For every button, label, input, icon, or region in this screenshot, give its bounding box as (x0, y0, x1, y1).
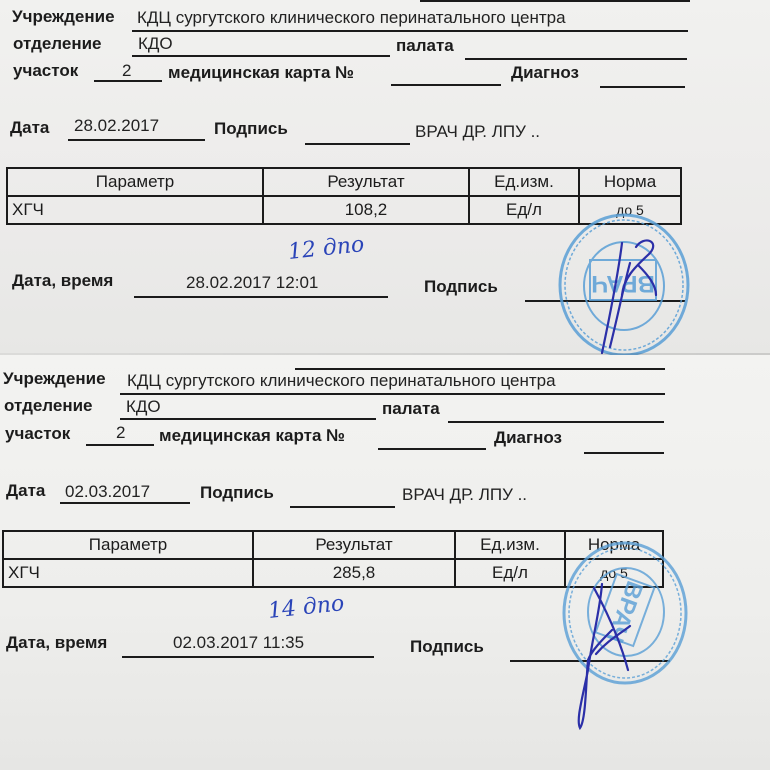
signature-field[interactable] (305, 143, 410, 145)
signature2-label: Подпись (424, 278, 498, 295)
card-label: медицинская карта № (159, 427, 345, 444)
card-field[interactable] (391, 84, 501, 86)
cell-result: 108,2 (263, 196, 469, 224)
cell-unit: Ед/л (455, 559, 565, 587)
ward-field[interactable] (448, 421, 664, 423)
signature-scribble (572, 580, 652, 730)
cell-norm: до 5 (579, 196, 681, 224)
table-header-row: Параметр Результат Ед.изм. Норма (3, 531, 663, 559)
signature-label: Подпись (214, 120, 288, 137)
signature-scribble (590, 235, 670, 355)
signature-field[interactable] (290, 506, 395, 508)
lab-slip-2: Учреждение КДЦ сургутского клинического … (0, 355, 770, 770)
department-label: отделение (4, 397, 93, 414)
signature2-label: Подпись (410, 638, 484, 655)
department-value: КДО (126, 398, 161, 415)
header-unit: Ед.изм. (469, 168, 579, 196)
header-result: Результат (253, 531, 455, 559)
date-value: 02.03.2017 (65, 483, 150, 500)
results-table: Параметр Результат Ед.изм. Норма ХГЧ 285… (2, 530, 664, 588)
doctor-text: ВРАЧ ДР. ЛПУ .. (415, 123, 540, 140)
diagnosis-field[interactable] (600, 86, 685, 88)
table-header-row: Параметр Результат Ед.изм. Норма (7, 168, 681, 196)
ward-label: палата (382, 400, 440, 417)
handwritten-note: 14 дпо (267, 591, 346, 624)
table-row: ХГЧ 108,2 Ед/л до 5 (7, 196, 681, 224)
header-result: Результат (263, 168, 469, 196)
district-underline (86, 444, 154, 446)
signature2-field[interactable] (525, 300, 685, 302)
rule (295, 368, 665, 370)
date-underline (68, 139, 205, 141)
ward-field[interactable] (465, 58, 687, 60)
district-value: 2 (122, 62, 131, 79)
department-underline (132, 55, 390, 57)
institution-value: КДЦ сургутского клинического перинатальн… (137, 9, 566, 26)
institution-value: КДЦ сургутского клинического перинатальн… (127, 372, 556, 389)
svg-text:ВРАЧ: ВРАЧ (591, 270, 655, 297)
institution-label: Учреждение (12, 8, 115, 25)
date-value: 28.02.2017 (74, 117, 159, 134)
datetime-underline (134, 296, 388, 298)
date-underline (60, 502, 190, 504)
cell-parameter: ХГЧ (7, 196, 263, 224)
diagnosis-field[interactable] (584, 452, 664, 454)
handwritten-note: 12 дпо (287, 232, 366, 265)
signature2-field[interactable] (510, 660, 670, 662)
rule (420, 0, 690, 2)
cell-unit: Ед/л (469, 196, 579, 224)
department-value: КДО (138, 35, 173, 52)
datetime-value: 02.03.2017 11:35 (173, 634, 304, 651)
institution-label: Учреждение (3, 370, 106, 387)
district-value: 2 (116, 424, 125, 441)
lab-slip-1: Учреждение КДЦ сургутского клинического … (0, 0, 770, 355)
datetime-label: Дата, время (12, 272, 113, 289)
diagnosis-label: Диагноз (494, 429, 562, 446)
doctor-text: ВРАЧ ДР. ЛПУ .. (402, 486, 527, 503)
district-label: участок (13, 62, 78, 79)
header-norm: Норма (579, 168, 681, 196)
datetime-value: 28.02.2017 12:01 (186, 274, 318, 291)
diagnosis-label: Диагноз (511, 64, 579, 81)
institution-underline (120, 393, 665, 395)
date-label: Дата (10, 119, 49, 136)
signature-label: Подпись (200, 484, 274, 501)
district-label: участок (5, 425, 70, 442)
datetime-underline (122, 656, 374, 658)
cell-norm: до 5 (565, 559, 663, 587)
header-parameter: Параметр (3, 531, 253, 559)
card-label: медицинская карта № (168, 64, 354, 81)
doctor-stamp-icon: ВРАЧ (556, 210, 692, 355)
table-row: ХГЧ 285,8 Ед/л до 5 (3, 559, 663, 587)
datetime-label: Дата, время (6, 634, 107, 651)
results-table: Параметр Результат Ед.изм. Норма ХГЧ 108… (6, 167, 682, 225)
date-label: Дата (6, 482, 45, 499)
header-norm: Норма (565, 531, 663, 559)
header-parameter: Параметр (7, 168, 263, 196)
cell-result: 285,8 (253, 559, 455, 587)
department-label: отделение (13, 35, 102, 52)
district-underline (94, 80, 162, 82)
ward-label: палата (396, 37, 454, 54)
department-underline (120, 418, 376, 420)
card-field[interactable] (378, 448, 486, 450)
header-unit: Ед.изм. (455, 531, 565, 559)
institution-underline (132, 30, 688, 32)
cell-parameter: ХГЧ (3, 559, 253, 587)
